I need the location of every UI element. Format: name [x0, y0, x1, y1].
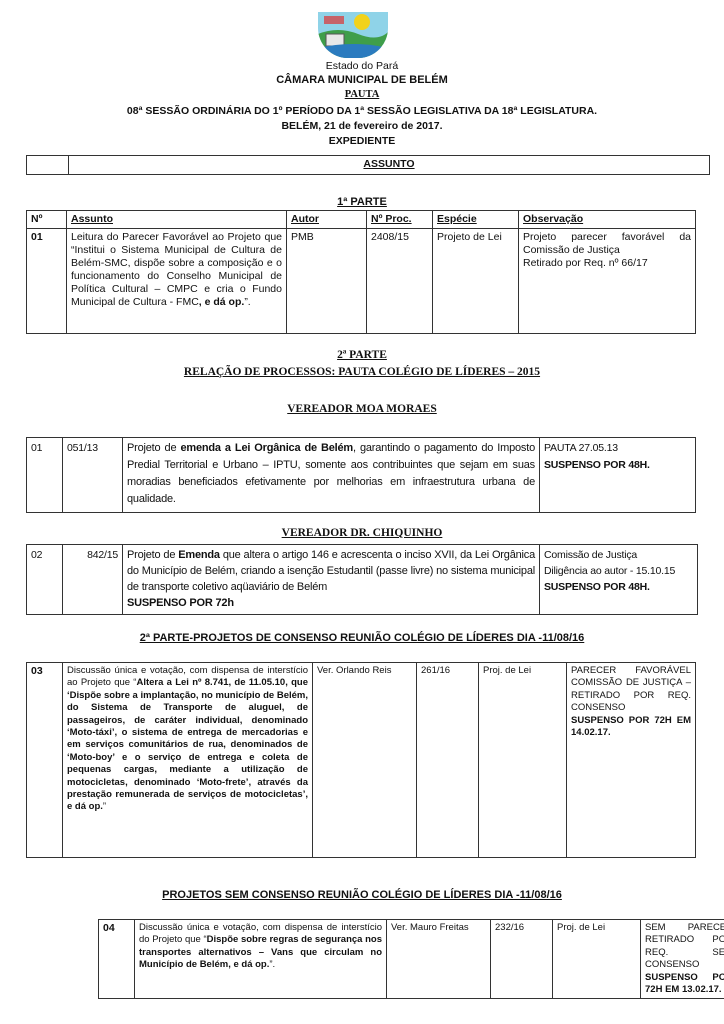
brasao-belem-icon: [318, 12, 388, 58]
row-desc: Projeto de Emenda que altera o artigo 14…: [123, 545, 540, 615]
row-obs: PAUTA 27.05.13SUSPENSO POR 48H.: [540, 438, 696, 513]
row-proc: 842/15: [63, 545, 123, 615]
col-especie: Espécie: [433, 211, 519, 229]
date-line: BELÉM, 21 de fevereiro de 2017.: [0, 120, 724, 132]
row-especie: Proj. de Lei: [553, 920, 641, 999]
table-row: 03 Discussão única e votação, com dispen…: [27, 663, 696, 858]
table-row: 01 051/13 Projeto de emenda a Lei Orgâni…: [27, 438, 696, 513]
vereador-dr-chiquinho: VEREADOR DR. CHIQUINHO: [0, 527, 724, 539]
parte1-header-row: Nº Assunto Autor Nº Proc. Espécie Observ…: [27, 211, 696, 229]
consenso-table: 03 Discussão única e votação, com dispen…: [26, 662, 696, 858]
expediente-num-cell: [27, 156, 69, 175]
row-autor: PMB: [287, 229, 367, 334]
row-proc: 051/13: [63, 438, 123, 513]
col-autor: Autor: [287, 211, 367, 229]
session-title: 08ª SESSÃO ORDINÁRIA DO 1º PERÍODO DA 1ª…: [0, 105, 724, 117]
row-assunto: Leitura do Parecer Favorável ao Projeto …: [67, 229, 287, 334]
row-obs: SEM PARECER RETIRADO POR REQ. SEM CONSEN…: [641, 920, 724, 999]
row-especie: Projeto de Lei: [433, 229, 519, 334]
vereador-moa-moraes: VEREADOR MOA MORAES: [0, 403, 724, 415]
sem-consenso-table: 04 Discussão única e votação, com dispen…: [98, 919, 724, 999]
parte2-subtitle: RELAÇÃO DE PROCESSOS: PAUTA COLÉGIO DE L…: [0, 366, 724, 378]
state-name: Estado do Pará: [0, 60, 724, 72]
table-row: 04 Discussão única e votação, com dispen…: [99, 920, 724, 999]
col-assunto: Assunto: [67, 211, 287, 229]
sem-consenso-title: PROJETOS SEM CONSENSO REUNIÃO COLÉGIO DE…: [0, 889, 724, 901]
row-proc: 232/16: [491, 920, 553, 999]
row-proc: 261/16: [417, 663, 479, 858]
row-obs: PARECER FAVORÁVEL COMISSÃO DE JUSTIÇA – …: [567, 663, 696, 858]
table-row: 02 842/15 Projeto de Emenda que altera o…: [27, 545, 698, 615]
col-proc: Nº Proc.: [367, 211, 433, 229]
moa-moraes-table: 01 051/13 Projeto de emenda a Lei Orgâni…: [26, 437, 696, 513]
expediente-table: ASSUNTO: [26, 155, 710, 175]
row-num: 01: [27, 438, 63, 513]
parte2-title: 2ª PARTE: [0, 349, 724, 361]
row-autor: Ver. Mauro Freitas: [387, 920, 491, 999]
col-num: Nº: [27, 211, 67, 229]
row-autor: Ver. Orlando Reis: [313, 663, 417, 858]
row-especie: Proj. de Lei: [479, 663, 567, 858]
consenso-title: 2ª PARTE-PROJETOS DE CONSENSO REUNIÃO CO…: [0, 632, 724, 644]
row-obs: Comissão de JustiçaDiligência ao autor -…: [540, 545, 698, 615]
row-num: 03: [27, 663, 63, 858]
row-desc: Projeto de emenda a Lei Orgânica de Belé…: [123, 438, 540, 513]
expediente-label: EXPEDIENTE: [0, 135, 724, 147]
doc-type: PAUTA: [0, 89, 724, 100]
row-desc: Discussão única e votação, com dispensa …: [135, 920, 387, 999]
parte1-title: 1ª PARTE: [0, 196, 724, 208]
row-num: 02: [27, 545, 63, 615]
parte1-table: Nº Assunto Autor Nº Proc. Espécie Observ…: [26, 210, 696, 334]
row-desc: Discussão única e votação, com dispensa …: [63, 663, 313, 858]
row-num: 01: [27, 229, 67, 334]
dr-chiquinho-table: 02 842/15 Projeto de Emenda que altera o…: [26, 544, 698, 615]
row-num: 04: [99, 920, 135, 999]
table-row: 01 Leitura do Parecer Favorável ao Proje…: [27, 229, 696, 334]
row-proc: 2408/15: [367, 229, 433, 334]
assunto-header: ASSUNTO: [69, 156, 710, 175]
chamber-name: CÂMARA MUNICIPAL DE BELÉM: [0, 74, 724, 86]
row-observacao: Projeto parecer favorável da Comissão de…: [519, 229, 696, 334]
col-observacao: Observação: [519, 211, 696, 229]
